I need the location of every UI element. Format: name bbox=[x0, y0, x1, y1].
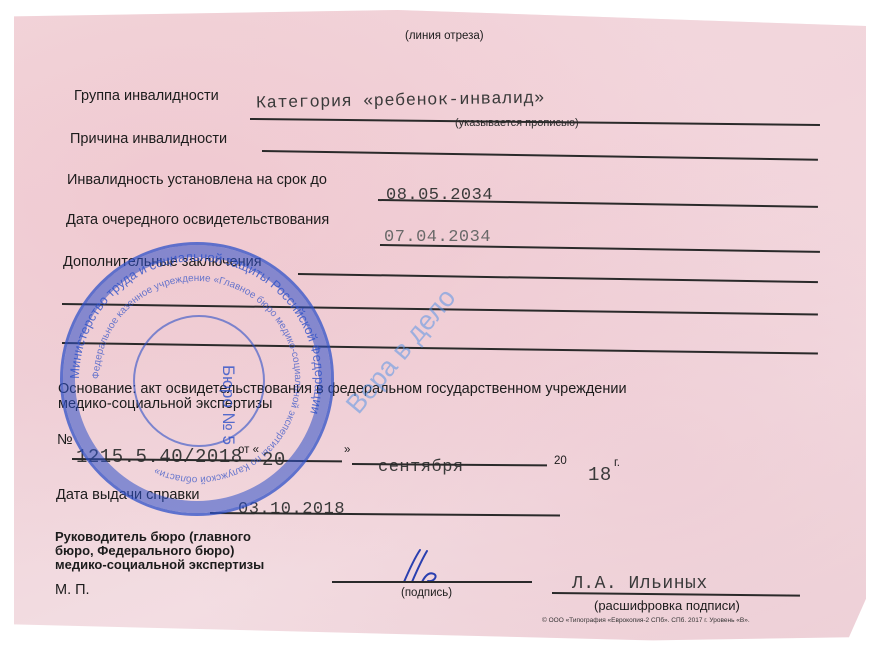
official-stamp: Министерство труда и социальной защиты Р… bbox=[60, 242, 334, 516]
stamp-inner-ring bbox=[133, 315, 265, 447]
disability-group-hint: (указывается прописью) bbox=[455, 117, 579, 129]
term-until-value: 08.05.2034 bbox=[386, 186, 493, 205]
signature-line bbox=[332, 581, 532, 583]
act-year-unit: г. bbox=[614, 457, 620, 469]
cut-line-label: (линия отреза) bbox=[405, 30, 484, 42]
act-year-value: 18 bbox=[588, 464, 612, 486]
head-name-value: Л.А. Ильиных bbox=[572, 574, 708, 594]
disability-group-label: Группа инвалидности bbox=[74, 88, 219, 104]
head-title-line-1: Руководитель бюро (главного bbox=[55, 530, 264, 544]
act-month-value: сентября bbox=[378, 458, 464, 477]
act-quote-close: » bbox=[344, 444, 350, 456]
head-title: Руководитель бюро (главного бюро, Федера… bbox=[55, 530, 264, 572]
signature-caption: (подпись) bbox=[401, 587, 452, 599]
next-exam-label: Дата очередного освидетельствования bbox=[66, 212, 329, 228]
seal-place-label: М. П. bbox=[55, 582, 90, 598]
head-title-line-3: медико-социальной экспертизы bbox=[55, 558, 264, 572]
disability-cause-label: Причина инвалидности bbox=[70, 131, 227, 147]
act-year-prefix: 20 bbox=[554, 455, 567, 467]
head-title-line-2: бюро, Федерального бюро) bbox=[55, 544, 264, 558]
printer-imprint: © ООО «Типография «Еврокопия-2 СПб». СПб… bbox=[542, 617, 750, 624]
head-name-caption: (расшифровка подписи) bbox=[594, 598, 740, 613]
term-until-label: Инвалидность установлена на срок до bbox=[67, 172, 327, 188]
